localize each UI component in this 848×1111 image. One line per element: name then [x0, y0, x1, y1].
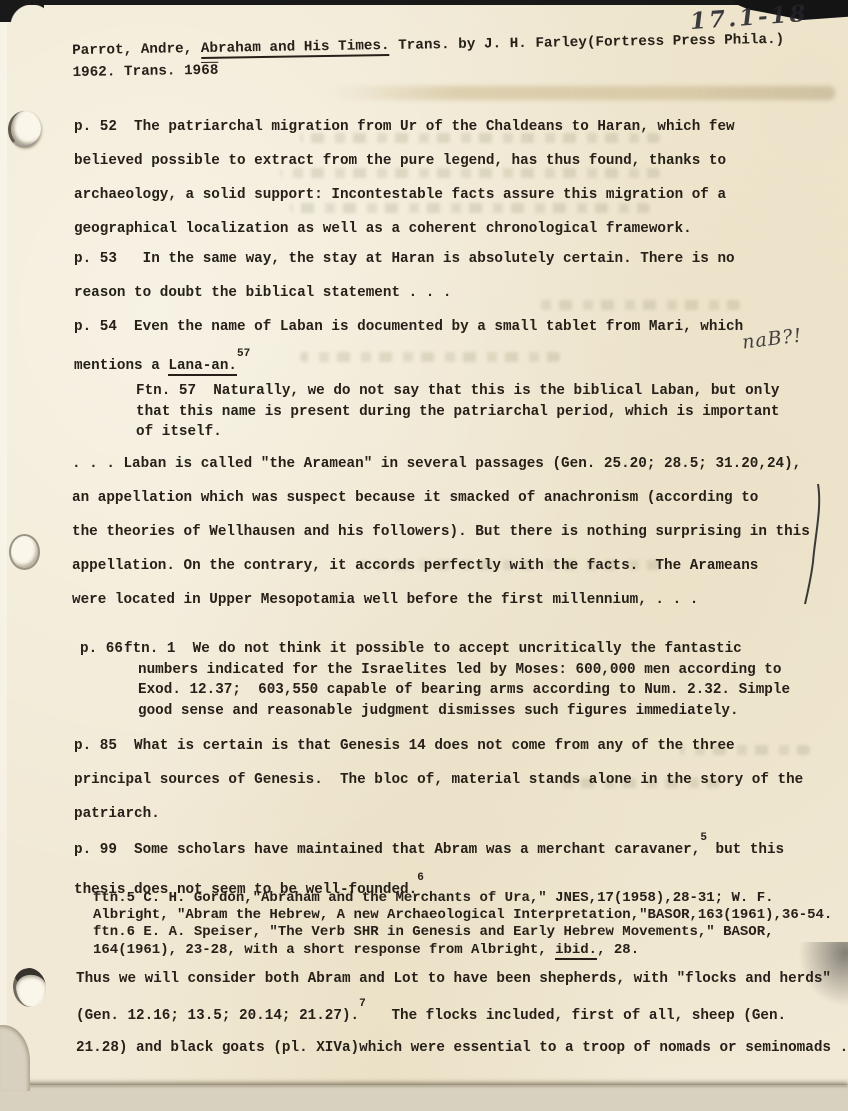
text-line: p. 99 Some scholars have maintained that… [74, 828, 784, 868]
paragraph-p85: p. 85 What is certain is that Genesis 14… [74, 729, 803, 831]
text-line: Thus we will consider both Abram and Lot… [76, 963, 848, 995]
footnote-superscript: 6 [417, 872, 424, 884]
underlined-book-title: Abraham and His Times. [201, 38, 390, 59]
text-line: Ftn. 57 Naturally, we do not say that th… [136, 381, 779, 402]
text-line: believed possible to extract from the pu… [74, 144, 735, 178]
footnote-57: Ftn. 57 Naturally, we do not say that th… [136, 381, 779, 443]
text-line: ftn.5 C. H. Gordon,"Abraham and the Merc… [93, 890, 832, 907]
handwritten-margin-note: naB?! [741, 324, 804, 353]
footnote-superscript: 57 [237, 348, 250, 360]
paragraph-laban: . . . Laban is called "the Aramean" in s… [72, 447, 810, 617]
scanned-document-page: { "colors": { "paper": "#f1e9d5", "ink":… [0, 0, 848, 1111]
text-line: ftn. 1 We do not think it possible to ac… [124, 639, 790, 660]
text-line: of itself. [136, 422, 779, 443]
hole-punch [8, 111, 41, 148]
text-line: p. 53 In the same way, the stay at Haran… [74, 242, 735, 276]
footnote-superscript: 7 [359, 998, 366, 1010]
stain-mark [330, 86, 835, 100]
text-line: good sense and reasonable judgment dismi… [138, 701, 790, 722]
text-line: p. 52 The patriarchal migration from Ur … [74, 110, 735, 144]
paragraph-closing: Thus we will consider both Abram and Lot… [76, 963, 848, 1064]
text-line: were located in Upper Mesopotamia well b… [72, 583, 810, 617]
footnote-superscript: 5 [700, 832, 707, 844]
text-line: (Gen. 12.16; 13.5; 20.14; 21.27).7 The f… [76, 995, 848, 1032]
underlined-ibid: ibid. [555, 942, 597, 960]
text-line: Exod. 12.37; 603,550 capable of bearing … [138, 680, 790, 701]
text-line: 164(1961), 23-28, with a short response … [93, 942, 832, 959]
paragraph-p52: p. 52 The patriarchal migration from Ur … [74, 110, 735, 246]
page-edge-seam [0, 1084, 848, 1087]
text-line: geographical localization as well as a c… [74, 212, 735, 246]
text-line: 21.28) and black goats (pl. XIVa)which w… [76, 1032, 848, 1064]
page-corner-top-left [0, 0, 44, 22]
text-line: archaeology, a solid support: Incontesta… [74, 178, 735, 212]
text-line: principal sources of Genesis. The bloc o… [74, 763, 803, 797]
page-edge-left [0, 0, 7, 1111]
page-corner-bottom-left [0, 1025, 30, 1091]
text-line: an appellation which was suspect because… [72, 481, 810, 515]
text-line: the theories of Wellhausen and his follo… [72, 515, 810, 549]
hole-punch [10, 966, 48, 1009]
text-line: reason to doubt the biblical statement .… [74, 276, 735, 310]
underlined-term: Lana-an. [168, 358, 237, 376]
overstruck-text: 68 [201, 63, 218, 79]
paragraph-p54: p. 54 Even the name of Laban is document… [74, 310, 743, 383]
text-line: that this name is present during the pat… [136, 402, 779, 423]
bibliography-header: Parrot, Andre, Abraham and His Times. Tr… [72, 29, 785, 84]
text-line: patriarch. [74, 797, 803, 831]
text-line: Albright, "Abram the Hebrew, A new Archa… [93, 907, 832, 924]
text-line: appellation. On the contrary, it accords… [72, 549, 810, 583]
text-line: ftn.6 E. A. Speiser, "The Verb SHR in Ge… [93, 924, 832, 941]
text-line: numbers indicated for the Israelites led… [138, 660, 790, 681]
page-edge-top [0, 0, 848, 5]
paragraph-p66-footnote1: ftn. 1 We do not think it possible to ac… [138, 639, 790, 721]
text-line: p. 85 What is certain is that Genesis 14… [74, 729, 803, 763]
text-line: p. 54 Even the name of Laban is document… [74, 310, 743, 344]
text-line: mentions a Lana-an.57 [74, 344, 743, 383]
paragraph-p66-label: p. 66 [80, 639, 123, 660]
hole-punch [9, 534, 40, 570]
paragraph-p53: p. 53 In the same way, the stay at Haran… [74, 242, 735, 310]
text-line: . . . Laban is called "the Aramean" in s… [72, 447, 810, 481]
page-edge-bottom [0, 1085, 848, 1111]
footnotes-5-6: ftn.5 C. H. Gordon,"Abraham and the Merc… [93, 890, 832, 959]
